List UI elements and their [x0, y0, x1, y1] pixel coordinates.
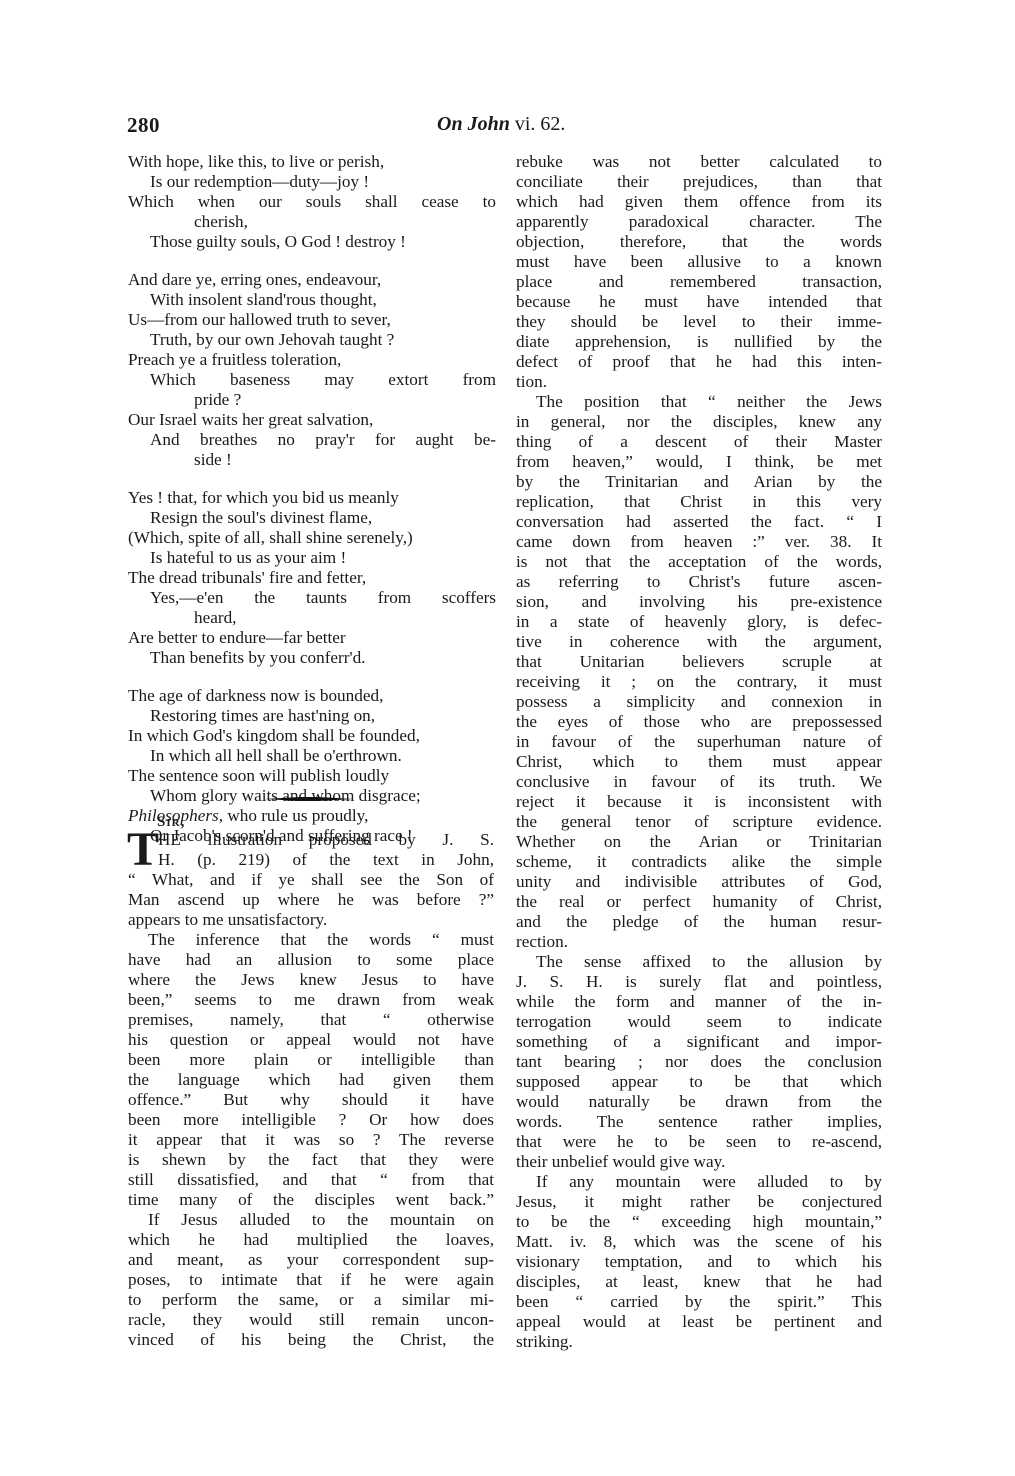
text-line: still dissatisfied, and that “ from that: [128, 1170, 494, 1190]
poem-line: With hope, like this, to live or perish,: [128, 152, 496, 172]
poem-line: Is our redemption—duty—joy !: [128, 172, 496, 192]
text-line: tant bearing ; nor does the conclusion: [516, 1052, 882, 1072]
poem-line: Resign the soul's divinest flame,: [128, 508, 496, 528]
text-line: Whether on the Arian or Trinitarian: [516, 832, 882, 852]
poem-line: And breathes no pray'r for aught be-: [128, 430, 496, 450]
text-line: words. The sentence rather implies,: [516, 1112, 882, 1132]
text-line: tive in coherence with the argument,: [516, 632, 882, 652]
text-line: Matt. iv. 8, which was the scene of his: [516, 1232, 882, 1252]
stanza-gap: [128, 470, 496, 488]
text-line: must have been allusive to a known: [516, 252, 882, 272]
stanza-gap: [128, 668, 496, 686]
text-line: they should be level to their imme-: [516, 312, 882, 332]
text-line: appeal would at least be pertinent and: [516, 1312, 882, 1332]
text-line: his question or appeal would not have: [128, 1030, 494, 1050]
text-line: poses, to intimate that if he were again: [128, 1270, 494, 1290]
text-line: Christ, which to them must appear: [516, 752, 882, 772]
text-line: because he must have intended that: [516, 292, 882, 312]
text-line: visionary temptation, and to which his: [516, 1252, 882, 1272]
text-line: been more plain or intelligible than: [128, 1050, 494, 1070]
poem-line: The sentence soon will publish loudly: [128, 766, 496, 786]
text-line: receiving it ; on the contrary, it must: [516, 672, 882, 692]
page-number: 280: [127, 113, 160, 138]
text-line: is shewn by the fact that they were: [128, 1150, 494, 1170]
text-line: time many of the disciples went back.”: [128, 1190, 494, 1210]
text-line: that Unitarian believers scruple at: [516, 652, 882, 672]
poem-line: Us—from our hallowed truth to sever,: [128, 310, 496, 330]
poem-line: With insolent sland'rous thought,: [128, 290, 496, 310]
poem-line: pride ?: [128, 390, 496, 410]
letter-body: HE illustration proposed by J. S.H. (p. …: [128, 830, 494, 1350]
poem-column: With hope, like this, to live or perish,…: [128, 152, 496, 846]
text-line: where the Jews knew Jesus to have: [128, 970, 494, 990]
text-line: and the pledge of the human resur-: [516, 912, 882, 932]
text-line: premises, namely, that “ otherwise: [128, 1010, 494, 1030]
poem-line: Restoring times are hast'ning on,: [128, 706, 496, 726]
stanza-gap: [128, 252, 496, 270]
poem-line: The dread tribunals' fire and fetter,: [128, 568, 496, 588]
text-line: scheme, it contradicts alike the simple: [516, 852, 882, 872]
text-line: “ What, and if ye shall see the Son of: [128, 870, 494, 890]
poem-line: Is hateful to us as your aim !: [128, 548, 496, 568]
poem-line: heard,: [128, 608, 496, 628]
text-line: the eyes of those who are prepossessed: [516, 712, 882, 732]
poem-line: Which baseness may extort from: [128, 370, 496, 390]
paragraph-first-line: The inference that the words “ must: [128, 930, 494, 950]
text-line: rection.: [516, 932, 882, 952]
text-line: conversation had asserted the fact. “ I: [516, 512, 882, 532]
salutation: Sir,: [157, 814, 185, 831]
text-line: offence.” But why should it have: [128, 1090, 494, 1110]
text-line: to be the “ exceeding high mountain,”: [516, 1212, 882, 1232]
text-line: possess a simplicity and connexion in: [516, 692, 882, 712]
text-line: from heaven,” would, I think, be met: [516, 452, 882, 472]
text-line: HE illustration proposed by J. S.: [128, 830, 494, 850]
poem-line: Truth, by our own Jehovah taught ?: [128, 330, 496, 350]
poem-line: And dare ye, erring ones, endeavour,: [128, 270, 496, 290]
text-line: came down from heaven :” ver. 38. It: [516, 532, 882, 552]
text-line: and meant, as your correspondent sup-: [128, 1250, 494, 1270]
text-line: while the form and manner of the in-: [516, 992, 882, 1012]
text-line: H. (p. 219) of the text in John,: [128, 850, 494, 870]
poem-line: Which when our souls shall cease to: [128, 192, 496, 212]
text-line: apparently paradoxical character. The: [516, 212, 882, 232]
poem-line: Are better to endure—far better: [128, 628, 496, 648]
text-line: that were he to be seen to re-ascend,: [516, 1132, 882, 1152]
text-line: to perform the same, or a similar mi-: [128, 1290, 494, 1310]
text-line: rebuke was not better calculated to: [516, 152, 882, 172]
running-head: On John vi. 62.: [437, 113, 565, 136]
text-line: vinced of his being the Christ, the: [128, 1330, 494, 1350]
text-line: been “ carried by the spirit.” This: [516, 1292, 882, 1312]
text-line: objection, therefore, that the words: [516, 232, 882, 252]
text-line: striking.: [516, 1332, 882, 1352]
running-head-title: On John: [437, 113, 510, 135]
poem-line: In which God's kingdom shall be founded,: [128, 726, 496, 746]
paragraph-first-line: If Jesus alluded to the mountain on: [128, 1210, 494, 1230]
text-line: Man ascend up where he was before ?”: [128, 890, 494, 910]
text-line: appears to me unsatisfactory.: [128, 910, 494, 930]
poem-line: Yes ! that, for which you bid us meanly: [128, 488, 496, 508]
poem-line: cherish,: [128, 212, 496, 232]
text-line: tion.: [516, 372, 882, 392]
text-line: Jesus, it might rather be conjectured: [516, 1192, 882, 1212]
text-line: something of a significant and impor-: [516, 1032, 882, 1052]
running-head-reference: vi. 62.: [510, 113, 566, 135]
text-line: their unbelief would give way.: [516, 1152, 882, 1172]
text-line: as referring to Christ's future ascen-: [516, 572, 882, 592]
poem-line: The age of darkness now is bounded,: [128, 686, 496, 706]
text-line: J. S. H. is surely flat and pointless,: [516, 972, 882, 992]
paragraph-first-line: The sense affixed to the allusion by: [516, 952, 882, 972]
text-line: which had given them offence from its: [516, 192, 882, 212]
text-line: sion, and involving his pre-existence: [516, 592, 882, 612]
text-line: supposed appear to be that which: [516, 1072, 882, 1092]
poem-line: side !: [128, 450, 496, 470]
text-line: unity and indivisible attributes of God,: [516, 872, 882, 892]
text-line: the real or perfect humanity of Christ,: [516, 892, 882, 912]
paragraph-first-line: If any mountain were alluded to by: [516, 1172, 882, 1192]
text-line: defect of proof that he had this inten-: [516, 352, 882, 372]
text-line: would naturally be drawn from the: [516, 1092, 882, 1112]
text-line: which he had multiplied the loaves,: [128, 1230, 494, 1250]
text-line: thing of a descent of their Master: [516, 432, 882, 452]
poem-line: (Which, spite of all, shall shine serene…: [128, 528, 496, 548]
text-line: conciliate their prejudices, than that: [516, 172, 882, 192]
text-line: been more intelligible ? Or how does: [128, 1110, 494, 1130]
text-line: by the Trinitarian and Arian by the: [516, 472, 882, 492]
text-line: reject it because it is inconsistent wit…: [516, 792, 882, 812]
text-line: the language which had given them: [128, 1070, 494, 1090]
text-line: diate apprehension, is nullified by the: [516, 332, 882, 352]
poem-line: Yes,—e'en the taunts from scoffers: [128, 588, 496, 608]
text-line: in general, nor the disciples, knew any: [516, 412, 882, 432]
text-line: racle, they would still remain uncon-: [128, 1310, 494, 1330]
text-line: in favour of the superhuman nature of: [516, 732, 882, 752]
text-line: the general tenor of scripture evidence.: [516, 812, 882, 832]
text-line: terrogation would seem to indicate: [516, 1012, 882, 1032]
poem-line: Preach ye a fruitless toleration,: [128, 350, 496, 370]
text-line: conclusive in favour of its truth. We: [516, 772, 882, 792]
text-line: disciples, at least, knew that he had: [516, 1272, 882, 1292]
text-line: in a state of heavenly glory, is defec-: [516, 612, 882, 632]
text-line: replication, that Christ in this very: [516, 492, 882, 512]
text-line: been,” seems to me drawn from weak: [128, 990, 494, 1010]
text-line: place and remembered transaction,: [516, 272, 882, 292]
poem-line: In which all hell shall be o'erthrown.: [128, 746, 496, 766]
poem-line: Our Israel waits her great salvation,: [128, 410, 496, 430]
text-line: it appear that it was so ? The reverse: [128, 1130, 494, 1150]
poem-line: Than benefits by you conferr'd.: [128, 648, 496, 668]
right-column: rebuke was not better calculated toconci…: [516, 152, 882, 1352]
paragraph-first-line: The position that “ neither the Jews: [516, 392, 882, 412]
text-line: have had an allusion to some place: [128, 950, 494, 970]
text-line: is not that the acceptation of the words…: [516, 552, 882, 572]
poem-line: Whom glory waits and whom disgrace;: [128, 786, 496, 806]
poem-line: Those guilty souls, O God ! destroy !: [128, 232, 496, 252]
